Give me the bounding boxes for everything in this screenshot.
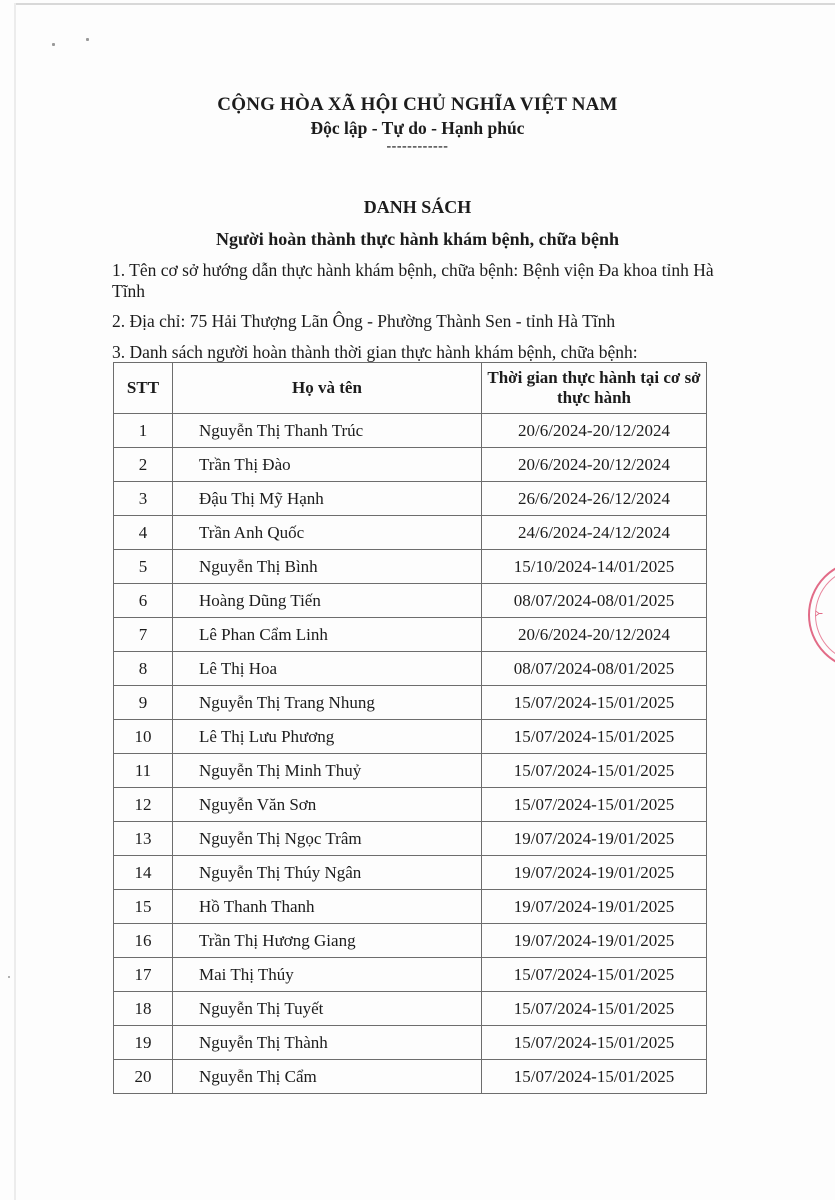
document-title: DANH SÁCH	[0, 197, 835, 218]
facility-name-item: 1. Tên cơ sở hướng dẫn thực hành khám bệ…	[112, 260, 722, 302]
table-row: 18Nguyễn Thị Tuyết15/07/2024-15/01/2025	[114, 992, 707, 1026]
cell-period: 15/10/2024-14/01/2025	[482, 550, 707, 584]
cell-period: 19/07/2024-19/01/2025	[482, 890, 707, 924]
table-row: 12Nguyễn Văn Sơn15/07/2024-15/01/2025	[114, 788, 707, 822]
cell-period: 20/6/2024-20/12/2024	[482, 618, 707, 652]
cell-period: 08/07/2024-08/01/2025	[482, 652, 707, 686]
cell-stt: 3	[114, 482, 173, 516]
cell-stt: 1	[114, 414, 173, 448]
cell-name: Đậu Thị Mỹ Hạnh	[173, 482, 482, 516]
cell-name: Nguyễn Thị Tuyết	[173, 992, 482, 1026]
cell-name: Nguyễn Thị Thanh Trúc	[173, 414, 482, 448]
cell-name: Nguyễn Thị Thành	[173, 1026, 482, 1060]
cell-period: 20/6/2024-20/12/2024	[482, 448, 707, 482]
table-row: 3Đậu Thị Mỹ Hạnh26/6/2024-26/12/2024	[114, 482, 707, 516]
cell-period: 15/07/2024-15/01/2025	[482, 754, 707, 788]
cell-name: Lê Thị Lưu Phương	[173, 720, 482, 754]
motto-divider: ------------	[0, 139, 835, 155]
cell-name: Trần Thị Đào	[173, 448, 482, 482]
table-row: 14Nguyễn Thị Thúy Ngân19/07/2024-19/01/2…	[114, 856, 707, 890]
cell-stt: 17	[114, 958, 173, 992]
header-stt: STT	[114, 363, 173, 414]
cell-name: Nguyễn Văn Sơn	[173, 788, 482, 822]
cell-period: 20/6/2024-20/12/2024	[482, 414, 707, 448]
cell-stt: 6	[114, 584, 173, 618]
cell-name: Lê Phan Cẩm Linh	[173, 618, 482, 652]
scan-speck	[86, 38, 89, 41]
table-row: 7Lê Phan Cẩm Linh20/6/2024-20/12/2024	[114, 618, 707, 652]
cell-name: Hoàng Dũng Tiến	[173, 584, 482, 618]
document-subtitle: Người hoàn thành thực hành khám bệnh, ch…	[0, 229, 835, 250]
table-row: 16Trần Thị Hương Giang19/07/2024-19/01/2…	[114, 924, 707, 958]
cell-stt: 4	[114, 516, 173, 550]
cell-stt: 7	[114, 618, 173, 652]
cell-stt: 13	[114, 822, 173, 856]
cell-period: 26/6/2024-26/12/2024	[482, 482, 707, 516]
table-row: 20Nguyễn Thị Cẩm15/07/2024-15/01/2025	[114, 1060, 707, 1094]
cell-stt: 19	[114, 1026, 173, 1060]
cell-period: 15/07/2024-15/01/2025	[482, 958, 707, 992]
cell-period: 19/07/2024-19/01/2025	[482, 822, 707, 856]
list-intro-item: 3. Danh sách người hoàn thành thời gian …	[112, 342, 722, 363]
table-row: 2Trần Thị Đào20/6/2024-20/12/2024	[114, 448, 707, 482]
table-row: 10Lê Thị Lưu Phương15/07/2024-15/01/2025	[114, 720, 707, 754]
cell-period: 15/07/2024-15/01/2025	[482, 720, 707, 754]
cell-period: 15/07/2024-15/01/2025	[482, 1060, 707, 1094]
cell-period: 19/07/2024-19/01/2025	[482, 856, 707, 890]
cell-stt: 8	[114, 652, 173, 686]
page-edge	[14, 3, 16, 1200]
scan-speck	[52, 43, 55, 46]
cell-period: 08/07/2024-08/01/2025	[482, 584, 707, 618]
table-row: 6Hoàng Dũng Tiến08/07/2024-08/01/2025	[114, 584, 707, 618]
table-row: 15Hồ Thanh Thanh19/07/2024-19/01/2025	[114, 890, 707, 924]
cell-stt: 14	[114, 856, 173, 890]
cell-stt: 5	[114, 550, 173, 584]
cell-period: 15/07/2024-15/01/2025	[482, 992, 707, 1026]
national-motto: Độc lập - Tự do - Hạnh phúc	[0, 118, 835, 139]
cell-stt: 11	[114, 754, 173, 788]
cell-period: 15/07/2024-15/01/2025	[482, 788, 707, 822]
cell-name: Hồ Thanh Thanh	[173, 890, 482, 924]
cell-name: Nguyễn Thị Thúy Ngân	[173, 856, 482, 890]
cell-stt: 2	[114, 448, 173, 482]
cell-period: 24/6/2024-24/12/2024	[482, 516, 707, 550]
cell-name: Nguyễn Thị Minh Thuỷ	[173, 754, 482, 788]
completion-roster-table: STT Họ và tên Thời gian thực hành tại cơ…	[113, 362, 707, 1094]
cell-stt: 12	[114, 788, 173, 822]
table-row: 9Nguyễn Thị Trang Nhung15/07/2024-15/01/…	[114, 686, 707, 720]
cell-stt: 9	[114, 686, 173, 720]
scan-speck	[8, 976, 10, 978]
table-row: 5Nguyễn Thị Bình15/10/2024-14/01/2025	[114, 550, 707, 584]
cell-stt: 18	[114, 992, 173, 1026]
cell-period: 19/07/2024-19/01/2025	[482, 924, 707, 958]
cell-name: Nguyễn Thị Cẩm	[173, 1060, 482, 1094]
cell-stt: 10	[114, 720, 173, 754]
table-row: 11Nguyễn Thị Minh Thuỷ15/07/2024-15/01/2…	[114, 754, 707, 788]
header-period: Thời gian thực hành tại cơ sở thực hành	[482, 363, 707, 414]
national-title: CỘNG HÒA XÃ HỘI CHỦ NGHĨA VIỆT NAM	[0, 94, 835, 116]
cell-period: 15/07/2024-15/01/2025	[482, 1026, 707, 1060]
table-header-row: STT Họ và tên Thời gian thực hành tại cơ…	[114, 363, 707, 414]
stamp-letter: Y	[815, 610, 826, 616]
cell-name: Trần Anh Quốc	[173, 516, 482, 550]
cell-period: 15/07/2024-15/01/2025	[482, 686, 707, 720]
cell-name: Nguyễn Thị Trang Nhung	[173, 686, 482, 720]
cell-stt: 20	[114, 1060, 173, 1094]
cell-name: Lê Thị Hoa	[173, 652, 482, 686]
header-name: Họ và tên	[173, 363, 482, 414]
cell-name: Trần Thị Hương Giang	[173, 924, 482, 958]
cell-name: Nguyễn Thị Ngọc Trâm	[173, 822, 482, 856]
cell-name: Mai Thị Thúy	[173, 958, 482, 992]
cell-name: Nguyễn Thị Bình	[173, 550, 482, 584]
table-row: 17Mai Thị Thúy15/07/2024-15/01/2025	[114, 958, 707, 992]
table-row: 4Trần Anh Quốc24/6/2024-24/12/2024	[114, 516, 707, 550]
table-row: 1Nguyễn Thị Thanh Trúc20/6/2024-20/12/20…	[114, 414, 707, 448]
cell-stt: 15	[114, 890, 173, 924]
table-row: 13Nguyễn Thị Ngọc Trâm19/07/2024-19/01/2…	[114, 822, 707, 856]
cell-stt: 16	[114, 924, 173, 958]
table-row: 8Lê Thị Hoa08/07/2024-08/01/2025	[114, 652, 707, 686]
address-item: 2. Địa chỉ: 75 Hải Thượng Lãn Ông - Phườ…	[112, 311, 722, 332]
table-row: 19Nguyễn Thị Thành15/07/2024-15/01/2025	[114, 1026, 707, 1060]
page-edge	[14, 3, 835, 5]
